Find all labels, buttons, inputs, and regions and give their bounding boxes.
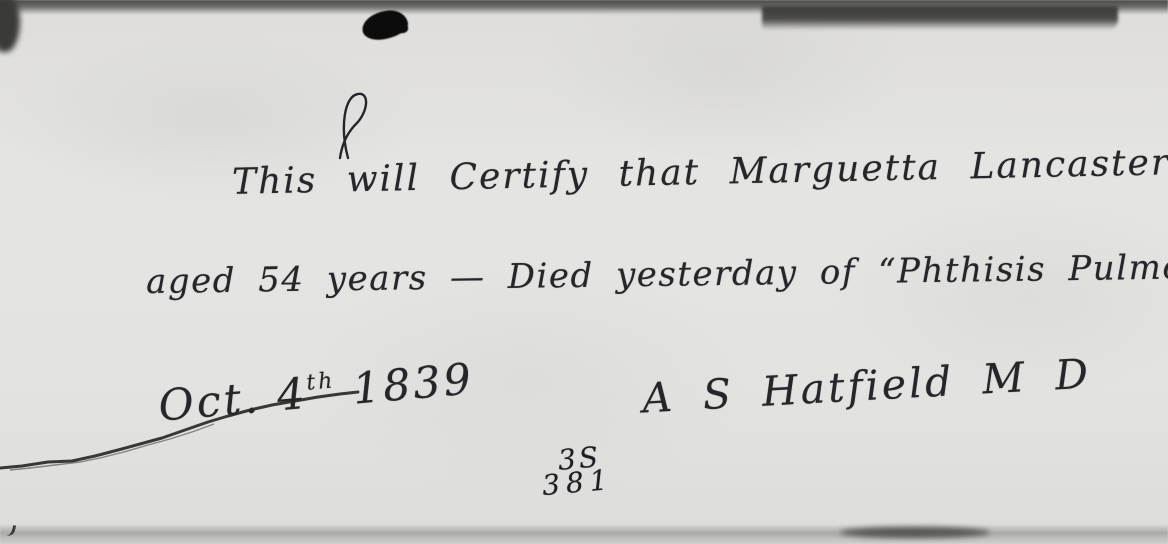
pen-flourish	[318, 88, 388, 160]
document-scan: This will Certify that Marguetta Lancast…	[0, 0, 1168, 544]
physician-signature: A S Hatfield M D	[641, 349, 1092, 422]
cause-of-death-line: aged 54 years — Died yesterday of “Phthi…	[146, 246, 1168, 302]
scan-bottom-dark-patch	[840, 527, 990, 538]
top-left-smudge	[0, 0, 20, 52]
date-year: 1839	[334, 354, 476, 416]
scan-top-right-edge-shadow	[762, 6, 1118, 30]
archive-number-bottom: 381	[541, 463, 615, 502]
date-ordinal-suffix: th	[305, 368, 336, 395]
scan-bottom-edge-shadow	[0, 524, 1168, 544]
